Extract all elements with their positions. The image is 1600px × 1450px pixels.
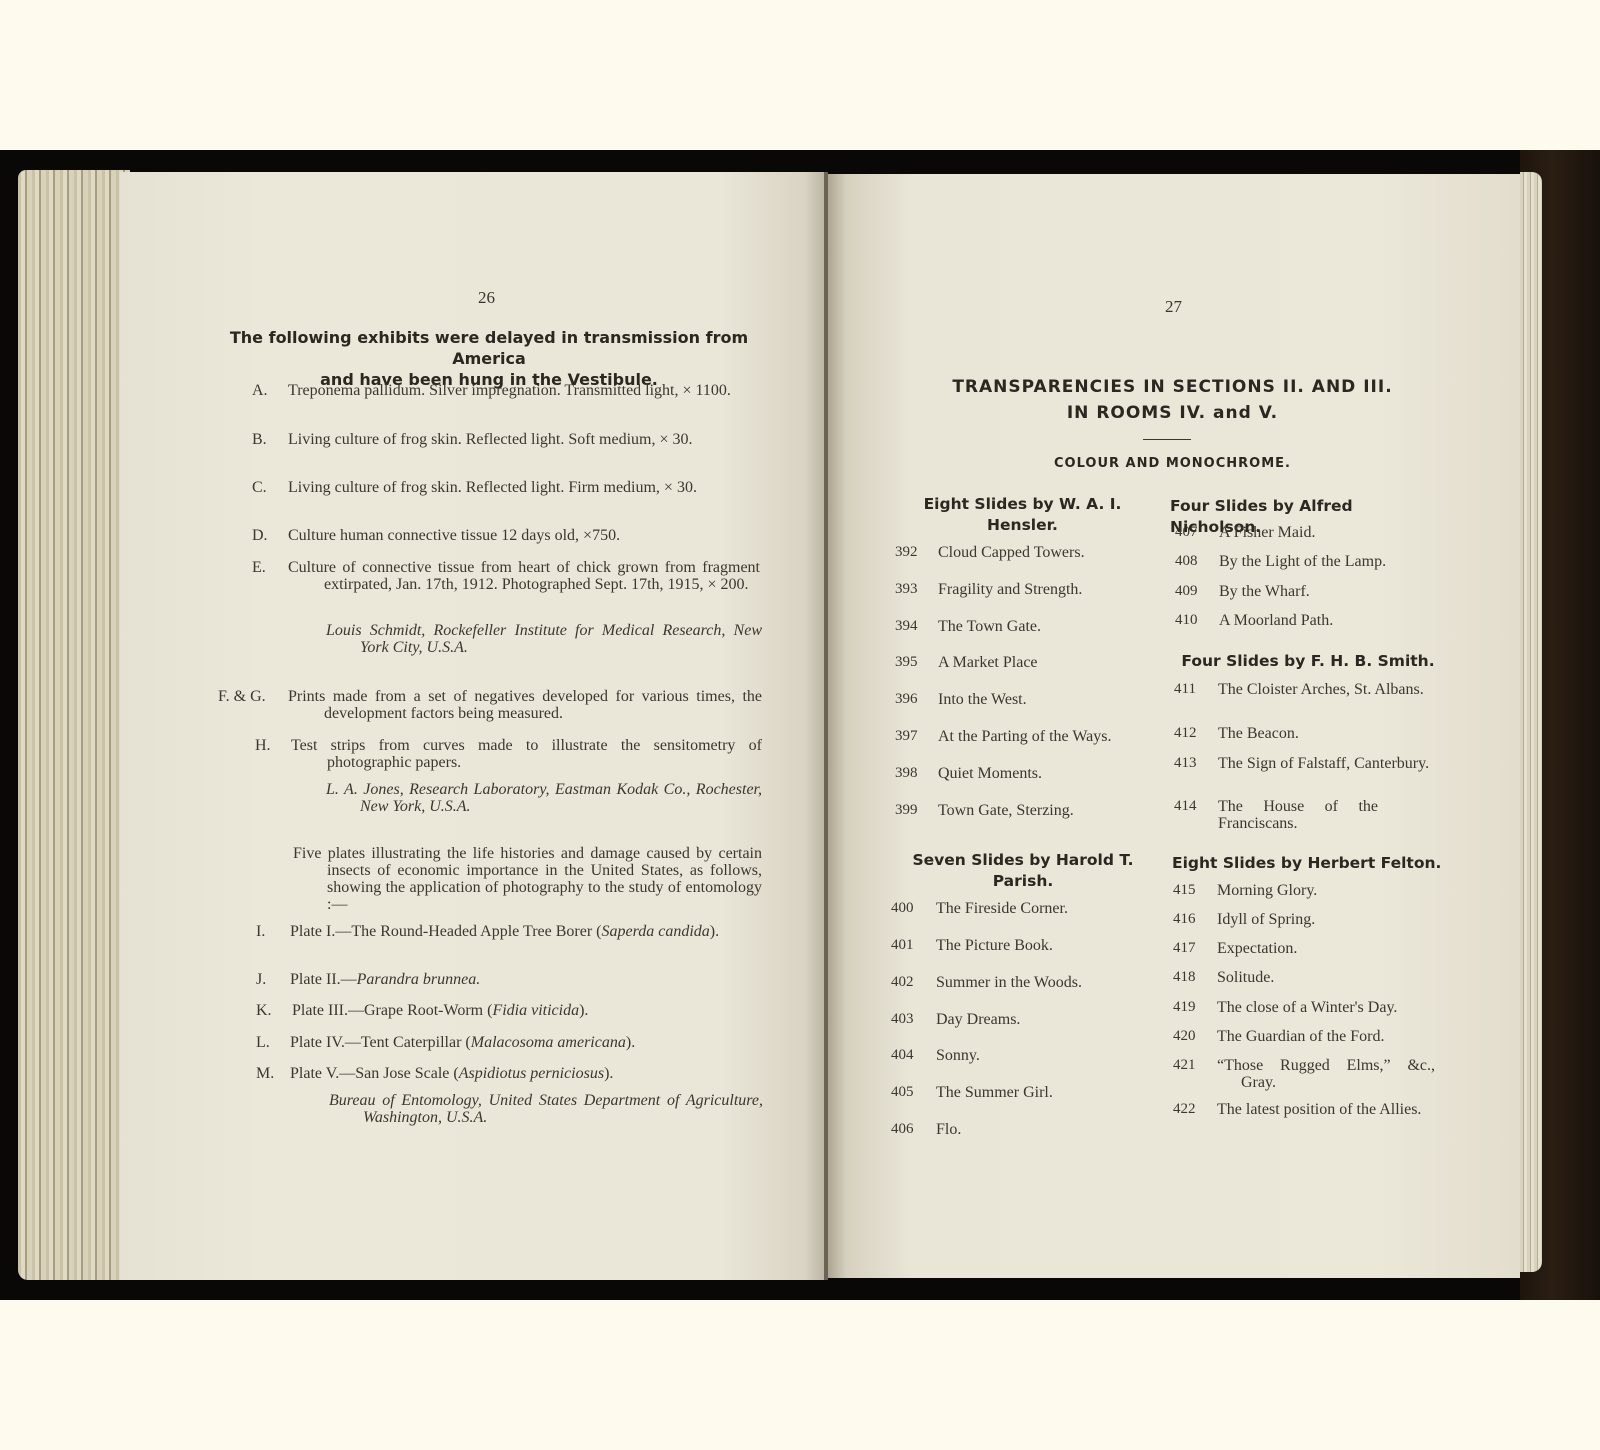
entry-label: E. bbox=[252, 559, 266, 576]
slide-item: 409By the Wharf. bbox=[1175, 583, 1435, 600]
entry-label: L. bbox=[256, 1034, 270, 1051]
page-number-right: 27 bbox=[1165, 297, 1182, 317]
slide-item: 406Flo. bbox=[891, 1121, 1151, 1138]
book-gutter bbox=[824, 172, 828, 1280]
entry-label: K. bbox=[256, 1002, 272, 1019]
slide-item: 393Fragility and Strength. bbox=[895, 581, 1155, 598]
slide-item: 411The Cloister Arches, St. Albans. bbox=[1174, 681, 1436, 698]
intro-line-1: The following exhibits were delayed in t… bbox=[208, 327, 770, 369]
exhibit-entry-c: C. Living culture of frog skin. Reflecte… bbox=[252, 479, 760, 496]
intro-heading: The following exhibits were delayed in t… bbox=[208, 327, 770, 390]
slide-item: 417Expectation. bbox=[1173, 940, 1435, 957]
plate-entry-l: L. Plate IV.—Tent Caterpillar (Malacosom… bbox=[256, 1034, 762, 1051]
plates-intro-text: Five plates illustrating the life histor… bbox=[327, 845, 762, 913]
group-heading-felton: Eight Slides by Herbert Felton. bbox=[1172, 853, 1442, 874]
left-page-stack bbox=[18, 170, 130, 1280]
plate-entry-j: J. Plate II.—Parandra brunnea. bbox=[256, 971, 762, 988]
slide-item: 398Quiet Moments. bbox=[895, 765, 1155, 782]
slide-item: 405The Summer Girl. bbox=[891, 1084, 1151, 1101]
exhibit-entry-a: A. Treponema pallidum. Silver impregnati… bbox=[252, 382, 760, 399]
section-title: TRANSPARENCIES IN SECTIONS II. AND III. … bbox=[900, 374, 1445, 426]
group-heading-smith: Four Slides by F. H. B. Smith. bbox=[1178, 651, 1438, 672]
slide-item: 394The Town Gate. bbox=[895, 618, 1155, 635]
slide-item: 418Solitude. bbox=[1173, 969, 1435, 986]
slide-item: 412The Beacon. bbox=[1174, 725, 1436, 742]
plate-entry-k: K. Plate III.—Grape Root-Worm (Fidia vit… bbox=[256, 1002, 762, 1019]
exhibit-entry-fg: F. & G. Prints made from a set of negati… bbox=[218, 688, 762, 722]
section-title-line-1: TRANSPARENCIES IN SECTIONS II. AND III. bbox=[900, 374, 1445, 400]
plate-entry-m: M. Plate V.—San Jose Scale (Aspidiotus p… bbox=[256, 1065, 762, 1082]
entry-label: M. bbox=[256, 1065, 274, 1082]
slide-item: 415Morning Glory. bbox=[1173, 882, 1435, 899]
entry-label: A. bbox=[252, 382, 268, 399]
exhibit-entry-h: H. Test strips from curves made to illus… bbox=[255, 737, 762, 771]
page-number-left: 26 bbox=[478, 288, 495, 308]
slide-item: 416Idyll of Spring. bbox=[1173, 911, 1435, 928]
entry-label: F. & G. bbox=[218, 688, 266, 705]
entry-text: Treponema pallidum. Silver impregnation.… bbox=[324, 382, 760, 399]
entry-label: B. bbox=[252, 431, 267, 448]
slide-item: 396Into the West. bbox=[895, 691, 1155, 708]
entry-label: J. bbox=[256, 971, 266, 988]
credit-schmidt: Louis Schmidt, Rockefeller Institute for… bbox=[360, 622, 762, 656]
slide-item: 404Sonny. bbox=[891, 1047, 1151, 1064]
exhibit-entry-b: B. Living culture of frog skin. Reflecte… bbox=[252, 431, 760, 448]
slide-item: 414The House of the Franciscans. bbox=[1174, 798, 1436, 832]
entry-label: D. bbox=[252, 527, 268, 544]
slide-item: 397At the Parting of the Ways. bbox=[895, 728, 1160, 745]
slide-item: 399Town Gate, Sterzing. bbox=[895, 802, 1155, 819]
entry-text: Prints made from a set of negatives deve… bbox=[324, 688, 762, 722]
slide-item: 403Day Dreams. bbox=[891, 1011, 1151, 1028]
slide-item: 392Cloud Capped Towers. bbox=[895, 544, 1155, 561]
entry-label: C. bbox=[252, 479, 267, 496]
entry-label: H. bbox=[255, 737, 271, 754]
slide-item: 422The latest position of the Allies. bbox=[1173, 1101, 1435, 1118]
group-heading-hensler: Eight Slides by W. A. I. Hensler. bbox=[905, 494, 1140, 536]
slide-item: 421“Those Rugged Elms,” &c., Gray. bbox=[1173, 1057, 1435, 1091]
entry-text: Plate II.—Parandra brunnea. bbox=[326, 971, 762, 988]
right-page-stack bbox=[1520, 172, 1542, 1272]
exhibit-entry-d: D. Culture human connective tissue 12 da… bbox=[252, 527, 760, 544]
credit-bureau: Bureau of Entomology, United States Depa… bbox=[363, 1092, 763, 1126]
slide-item: 410A Moorland Path. bbox=[1175, 612, 1435, 629]
plates-intro: Five plates illustrating the life histor… bbox=[327, 845, 762, 913]
entry-text: Test strips from curves made to illustra… bbox=[327, 737, 762, 771]
slide-item: 420The Guardian of the Ford. bbox=[1173, 1028, 1435, 1045]
entry-text: Plate III.—Grape Root-Worm (Fidia vitici… bbox=[328, 1002, 762, 1019]
entry-label: I. bbox=[256, 923, 265, 940]
slide-item: 408By the Light of the Lamp. bbox=[1175, 553, 1435, 570]
entry-text: Culture human connective tissue 12 days … bbox=[324, 527, 760, 544]
title-rule bbox=[1143, 439, 1191, 440]
group-heading-parish: Seven Slides by Harold T. Parish. bbox=[888, 850, 1158, 892]
entry-text: Plate V.—San Jose Scale (Aspidiotus pern… bbox=[326, 1065, 762, 1082]
slide-item: 400The Fireside Corner. bbox=[891, 900, 1151, 917]
slide-item: 395A Market Place bbox=[895, 654, 1155, 671]
entry-text: Plate IV.—Tent Caterpillar (Malacosoma a… bbox=[326, 1034, 762, 1051]
exhibit-entry-e: E. Culture of connective tissue from hea… bbox=[252, 559, 760, 593]
slide-item: 401The Picture Book. bbox=[891, 937, 1151, 954]
plate-entry-i: I. Plate I.—The Round-Headed Apple Tree … bbox=[256, 923, 762, 940]
credit-jones: L. A. Jones, Research Laboratory, Eastma… bbox=[360, 781, 762, 815]
section-title-line-2: IN ROOMS IV. and V. bbox=[900, 400, 1445, 426]
slide-item: 413The Sign of Falstaff, Canterbury. bbox=[1174, 755, 1436, 772]
slide-item: 407A Fisher Maid. bbox=[1175, 524, 1435, 541]
slide-item: 419The close of a Winter's Day. bbox=[1173, 999, 1435, 1016]
entry-text: Living culture of frog skin. Reflected l… bbox=[324, 431, 760, 448]
entry-text: Plate I.—The Round-Headed Apple Tree Bor… bbox=[326, 923, 762, 940]
entry-text: Culture of connective tissue from heart … bbox=[324, 559, 760, 593]
slide-item: 402Summer in the Woods. bbox=[891, 974, 1151, 991]
section-subtitle: COLOUR AND MONOCHROME. bbox=[900, 456, 1445, 471]
entry-text: Living culture of frog skin. Reflected l… bbox=[324, 479, 760, 496]
